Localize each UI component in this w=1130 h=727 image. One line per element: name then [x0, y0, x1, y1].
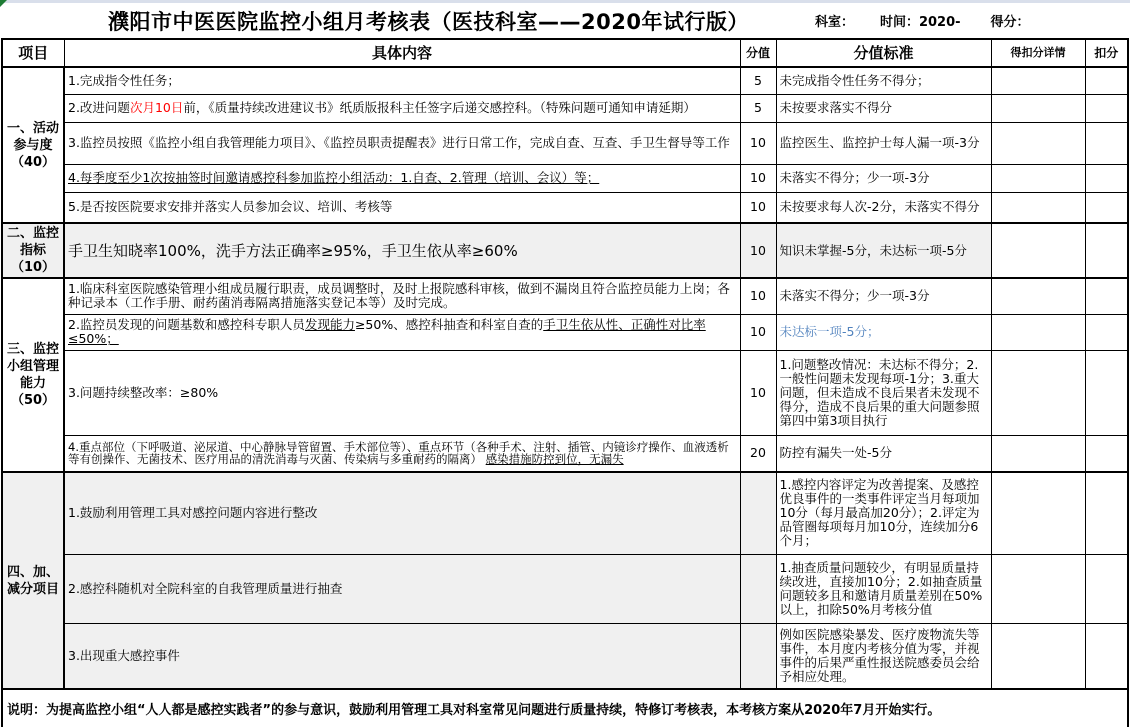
content-cell: 2.监控员发现的问题基数和感控科专职人员发现能力≥50%、感控科抽查和科室自查的…	[64, 314, 740, 350]
content-text-segment: 前，《质量持续改进建议书》纸质版报科主任签字后递交感控科。（特殊问题可通知申请延…	[183, 100, 696, 115]
content-text-segment: ≥50%、感控科抽查和科室自查的	[355, 317, 543, 332]
section-label-indicators: 二、监控 指标 （10）	[2, 223, 64, 278]
deduction-cell[interactable]	[1085, 435, 1128, 472]
table-row: 四、加、 减分项目 1.鼓励利用管理工具对感控问题内容进行整改 1.感控内容评定…	[2, 472, 1128, 554]
table-row: 4.每季度至少1次按抽签时间邀请感控科参加监控小组活动：1.自查、2.管理（培训…	[2, 164, 1128, 192]
standard-cell: 未达标一项-5分；	[776, 314, 991, 350]
col-header-standard: 分值标准	[776, 39, 991, 67]
standard-cell: 例如医院感染暴发、医疗废物流失等事件，本月度内考核分值为零，并视事件的后果严重性…	[776, 623, 991, 689]
score-cell: 10	[740, 164, 776, 192]
assessment-table: 项目 具体内容 分值 分值标准 得扣分详情 扣分 一、活动 参与度 （40） 1…	[1, 38, 1129, 727]
score-cell	[740, 554, 776, 623]
table-row: 3.监控员按照《监控小组自我管理能力项目》、《监控员职责提醒表》进行日常工作，完…	[2, 122, 1128, 164]
col-header-content: 具体内容	[64, 39, 740, 67]
content-text-segment: 2.改进问题	[68, 100, 130, 115]
table-row: 2.感控科随机对全院科室的自我管理质量进行抽查 1.抽查质量问题较少，有明显质量…	[2, 554, 1128, 623]
detail-cell[interactable]	[991, 623, 1085, 689]
col-header-detail: 得扣分详情	[991, 39, 1085, 67]
col-header-deduction: 扣分	[1085, 39, 1128, 67]
score-cell: 10	[740, 223, 776, 278]
table-row: 4.重点部位（下呼吸道、泌尿道、中心静脉导管留置、手术部位等）、重点环节（各种手…	[2, 435, 1128, 472]
table-row: 2.监控员发现的问题基数和感控科专职人员发现能力≥50%、感控科抽查和科室自查的…	[2, 314, 1128, 350]
deduction-cell[interactable]	[1085, 192, 1128, 223]
deduction-cell[interactable]	[1085, 554, 1128, 623]
deduction-cell[interactable]	[1085, 314, 1128, 350]
content-text-underline-segment: 发现能力	[305, 317, 355, 332]
section-label-management: 三、监控 小组管理 能力 （50）	[2, 278, 64, 472]
content-cell: 手卫生知晓率100%，洗手方法正确率≥95%，手卫生依从率≥60%	[64, 223, 740, 278]
deduction-cell[interactable]	[1085, 472, 1128, 554]
detail-cell[interactable]	[991, 314, 1085, 350]
deduction-cell[interactable]	[1085, 278, 1128, 314]
table-row: 5.是否按医院要求安排并落实人员参加会议、培训、考核等 10 未按要求每人次-2…	[2, 192, 1128, 223]
col-header-score: 分值	[740, 39, 776, 67]
score-cell: 10	[740, 350, 776, 435]
table-row: 3.问题持续整改率：≥80% 10 1.问题整改情况：未达标不得分；2.一般性问…	[2, 350, 1128, 435]
footer-note-row: 说明：为提高监控小组“人人都是感控实践者”的参与意识，鼓励利用管理工具对科室常见…	[2, 689, 1128, 727]
standard-cell: 1.抽查质量问题较少，有明显质量持续改进，直接加10分；2.如抽查质量问题较多且…	[776, 554, 991, 623]
score-cell: 5	[740, 94, 776, 122]
content-cell: 1.临床科室医院感染管理小组成员履行职责，成员调整时，及时上报院感科审核，做到不…	[64, 278, 740, 314]
content-text-red-segment: 次月10日	[130, 100, 183, 115]
table-row: 二、监控 指标 （10） 手卫生知晓率100%，洗手方法正确率≥95%，手卫生依…	[2, 223, 1128, 278]
score-cell	[740, 472, 776, 554]
score-cell: 5	[740, 67, 776, 94]
standard-cell: 未按要求落实不得分	[776, 94, 991, 122]
content-cell: 5.是否按医院要求安排并落实人员参加会议、培训、考核等	[64, 192, 740, 223]
col-header-project: 项目	[2, 39, 64, 67]
content-cell: 3.监控员按照《监控小组自我管理能力项目》、《监控员职责提醒表》进行日常工作，完…	[64, 122, 740, 164]
content-text-segment: 2.监控员发现的问题基数和感控科专职人员	[68, 317, 305, 332]
content-cell: 3.出现重大感控事件	[64, 623, 740, 689]
table-row: 三、监控 小组管理 能力 （50） 1.临床科室医院感染管理小组成员履行职责，成…	[2, 278, 1128, 314]
content-cell: 1.完成指令性任务；	[64, 67, 740, 94]
standard-cell: 知识未掌握-5分，未达标一项-5分	[776, 223, 991, 278]
deduction-cell[interactable]	[1085, 94, 1128, 122]
content-cell: 1.鼓励利用管理工具对感控问题内容进行整改	[64, 472, 740, 554]
deduction-cell[interactable]	[1085, 164, 1128, 192]
title-bar: 濮阳市中医医院监控小组月考核表（医技科室——2020年试行版） 科室： 时间：2…	[0, 3, 1130, 38]
standard-cell: 未落实不得分；少一项-3分	[776, 164, 991, 192]
score-cell: 10	[740, 278, 776, 314]
detail-cell[interactable]	[991, 350, 1085, 435]
content-cell: 2.感控科随机对全院科室的自我管理质量进行抽查	[64, 554, 740, 623]
deduction-cell[interactable]	[1085, 350, 1128, 435]
table-row: 3.出现重大感控事件 例如医院感染暴发、医疗废物流失等事件，本月度内考核分值为零…	[2, 623, 1128, 689]
deduction-cell[interactable]	[1085, 122, 1128, 164]
content-cell: 4.每季度至少1次按抽签时间邀请感控科参加监控小组活动：1.自查、2.管理（培训…	[64, 164, 740, 192]
standard-cell: 1.问题整改情况：未达标不得分；2.一般性问题未发现每项-1分；3.重大问题，但…	[776, 350, 991, 435]
standard-cell: 未落实不得分；少一项-3分	[776, 278, 991, 314]
detail-cell[interactable]	[991, 472, 1085, 554]
standard-cell: 未完成指令性任务不得分；	[776, 67, 991, 94]
table-row: 一、活动 参与度 （40） 1.完成指令性任务； 5 未完成指令性任务不得分；	[2, 67, 1128, 94]
score-cell: 10	[740, 192, 776, 223]
assessment-form-sheet: 濮阳市中医医院监控小组月考核表（医技科室——2020年试行版） 科室： 时间：2…	[0, 0, 1130, 727]
header-row: 项目 具体内容 分值 分值标准 得扣分详情 扣分	[2, 39, 1128, 67]
table-row: 2.改进问题次月10日前，《质量持续改进建议书》纸质版报科主任签字后递交感控科。…	[2, 94, 1128, 122]
content-cell: 4.重点部位（下呼吸道、泌尿道、中心静脉导管留置、手术部位等）、重点环节（各种手…	[64, 435, 740, 472]
department-label: 科室：	[815, 11, 854, 30]
deduction-cell[interactable]	[1085, 223, 1128, 278]
score-cell: 20	[740, 435, 776, 472]
page-title: 濮阳市中医医院监控小组月考核表（医技科室——2020年试行版）	[108, 6, 749, 36]
standard-cell: 监控医生、监控护士每人漏一项-3分	[776, 122, 991, 164]
detail-cell[interactable]	[991, 122, 1085, 164]
standard-cell: 防控有漏失一处-5分	[776, 435, 991, 472]
content-text-segment: 4.重点部位（下呼吸道、泌尿道、中心静脉导管留置、手术部位等）、重点环节（各种手…	[68, 440, 729, 467]
detail-cell[interactable]	[991, 164, 1085, 192]
content-cell: 2.改进问题次月10日前，《质量持续改进建议书》纸质版报科主任签字后递交感控科。…	[64, 94, 740, 122]
detail-cell[interactable]	[991, 192, 1085, 223]
deduction-cell[interactable]	[1085, 67, 1128, 94]
detail-cell[interactable]	[991, 278, 1085, 314]
section-label-bonus-penalty: 四、加、 减分项目	[2, 472, 64, 689]
standard-cell: 1.感控内容评定为改善提案、及感控优良事件的一类事件评定当月每项加10分（每月最…	[776, 472, 991, 554]
content-cell: 3.问题持续整改率：≥80%	[64, 350, 740, 435]
content-text-underline-segment: 感染措施防控到位，无漏失	[486, 452, 624, 466]
score-cell: 10	[740, 122, 776, 164]
score-cell	[740, 623, 776, 689]
standard-cell: 未按要求每人次-2分，未落实不得分	[776, 192, 991, 223]
score-label: 得分：	[991, 11, 1030, 30]
detail-cell[interactable]	[991, 67, 1085, 94]
detail-cell[interactable]	[991, 435, 1085, 472]
footer-note: 说明：为提高监控小组“人人都是感控实践者”的参与意识，鼓励利用管理工具对科室常见…	[2, 689, 1128, 727]
score-cell: 10	[740, 314, 776, 350]
detail-cell[interactable]	[991, 554, 1085, 623]
time-label: 时间：2020-	[880, 11, 961, 30]
deduction-cell[interactable]	[1085, 623, 1128, 689]
detail-cell[interactable]	[991, 94, 1085, 122]
section-label-activity: 一、活动 参与度 （40）	[2, 67, 64, 223]
detail-cell[interactable]	[991, 223, 1085, 278]
